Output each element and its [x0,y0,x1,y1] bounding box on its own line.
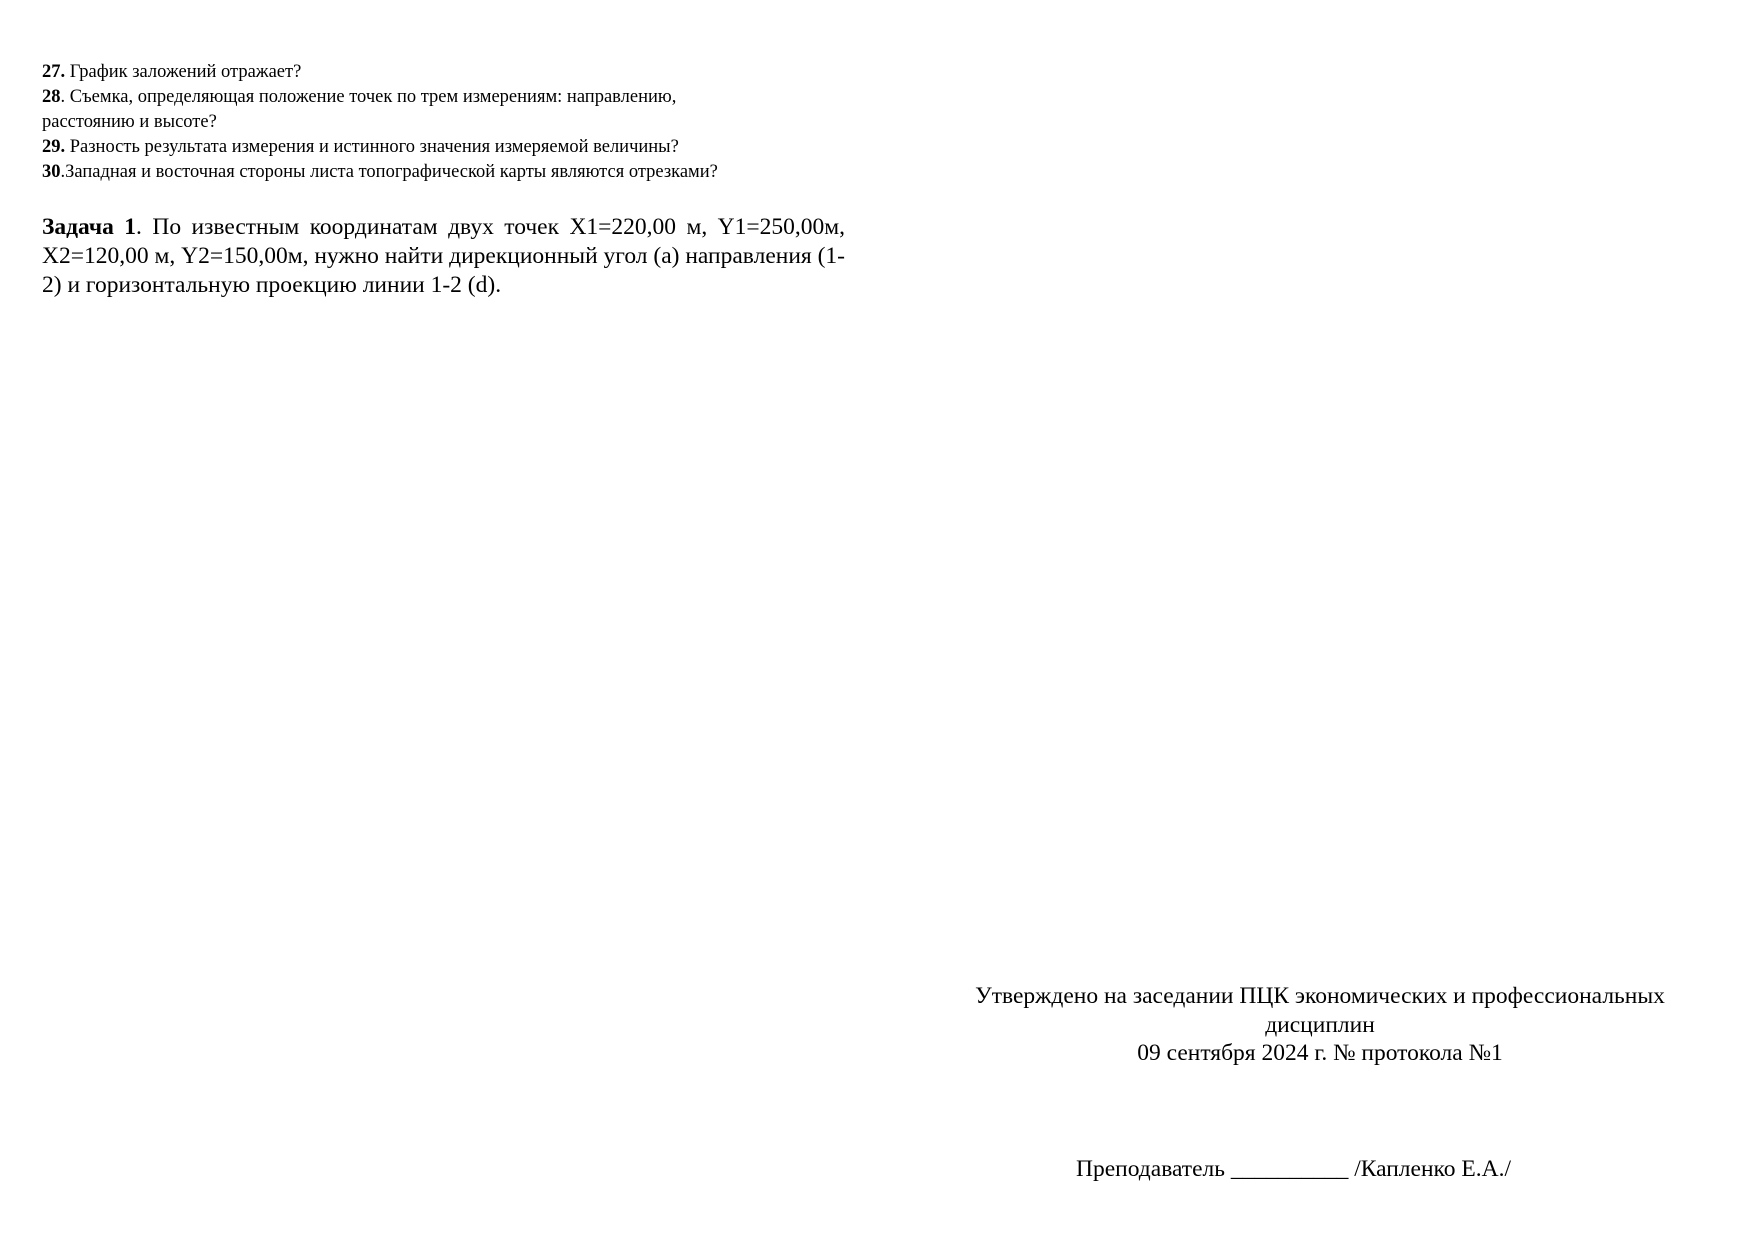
task-1: Задача 1. По известным координатам двух … [42,213,845,300]
task-text: . По известным координатам двух точек X1… [42,214,845,298]
approval-line-1: Утверждено на заседании ПЦК экономически… [940,982,1700,1011]
teacher-role: Преподаватель [1076,1156,1225,1182]
questions-list: 27. График заложений отражает? 28. Съемк… [42,60,802,185]
approval-block: Утверждено на заседании ПЦК экономически… [940,982,1700,1068]
question-number: 28 [42,87,61,107]
question-number: 29. [42,137,65,157]
question-number: 27. [42,62,65,82]
question-30: 30.Западная и восточная стороны листа то… [42,160,802,185]
question-29: 29. Разность результата измерения и исти… [42,135,802,160]
teacher-signature: Преподаватель __________ /Капленко Е.А./ [1076,1155,1511,1183]
task-label: Задача 1 [42,214,136,240]
question-text-continued: расстоянию и высоте? [42,112,217,132]
question-27: 27. График заложений отражает? [42,60,802,85]
question-text: Разность результата измерения и истинног… [65,137,679,157]
question-28: 28. Съемка, определяющая положение точек… [42,85,802,135]
question-text: .Западная и восточная стороны листа топо… [61,162,718,182]
teacher-name: /Капленко Е.А./ [1354,1156,1511,1182]
question-text: . Съемка, определяющая положение точек п… [61,87,677,107]
signature-blank: __________ [1231,1156,1349,1182]
approval-date-protocol: 09 сентября 2024 г. № протокола №1 [940,1039,1700,1068]
question-number: 30 [42,162,61,182]
approval-line-2: дисциплин [940,1011,1700,1040]
question-text: График заложений отражает? [65,62,301,82]
